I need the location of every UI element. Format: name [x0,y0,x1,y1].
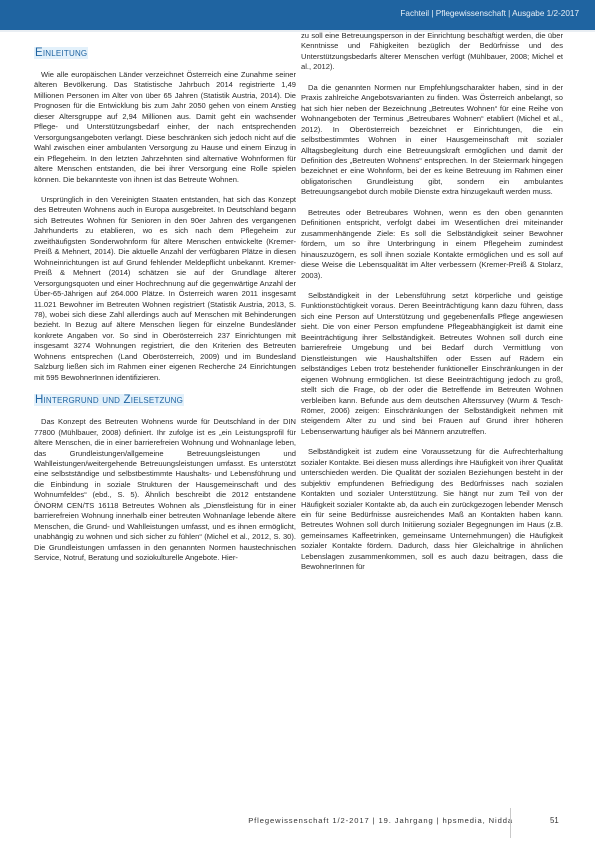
paragraph: Wie alle europäischen Länder verzeichnet… [34,70,296,185]
page-number: 51 [550,816,559,825]
right-column: zu soll eine Betreuungsperson in der Ein… [301,31,563,583]
paragraph: Da die genannten Normen nur Empfehlungsc… [301,83,563,198]
paragraph: Selbständigkeit in der Lebensführung set… [301,291,563,437]
paragraph: Selbständigkeit ist zudem eine Vorausset… [301,447,563,572]
footer-divider [510,808,511,838]
journal-info: Pflegewissenschaft 1/2-2017 | 19. Jahrga… [248,816,513,825]
section-heading-hintergrund: Hintergrund und Zielsetzung [34,393,296,407]
paragraph: zu soll eine Betreuungsperson in der Ein… [301,31,563,73]
paragraph: Ursprünglich in den Vereinigten Staaten … [34,195,296,383]
running-title: Fachteil | Pflegewissenschaft | Ausgabe … [400,9,579,18]
paragraph: Betreutes oder Betreubares Wohnen, wenn … [301,208,563,281]
paragraph: Das Konzept des Betreuten Wohnens wurde … [34,417,296,563]
header-band: Fachteil | Pflegewissenschaft | Ausgabe … [0,0,595,32]
page-footer: Pflegewissenschaft 1/2-2017 | 19. Jahrga… [0,808,595,842]
section-heading-einleitung: Einleitung [34,46,296,60]
left-column: Einleitung Wie alle europäischen Länder … [34,40,296,573]
